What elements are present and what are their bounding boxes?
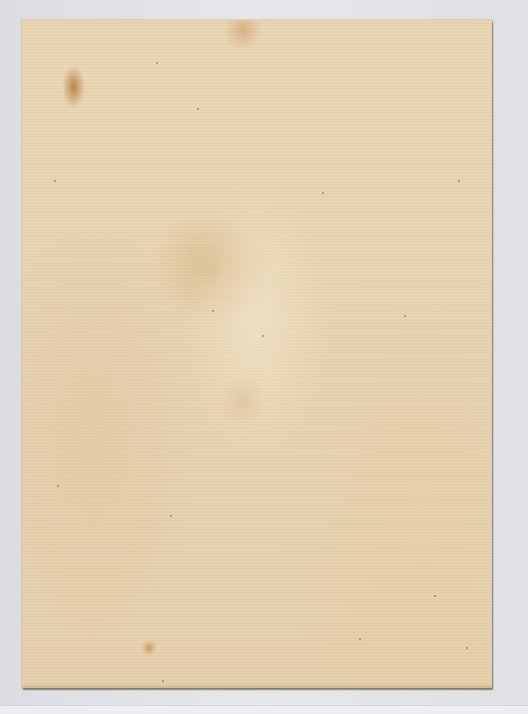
speck bbox=[54, 180, 56, 182]
speck bbox=[212, 310, 214, 312]
speck bbox=[404, 315, 406, 317]
scanner-edge bbox=[0, 705, 528, 714]
speck bbox=[434, 595, 436, 597]
speck bbox=[57, 485, 59, 487]
blank-aged-card bbox=[22, 20, 492, 688]
speck bbox=[458, 180, 460, 182]
speck bbox=[197, 108, 199, 110]
speck bbox=[170, 515, 172, 517]
speck bbox=[156, 62, 158, 64]
speck bbox=[322, 192, 324, 194]
speck bbox=[359, 638, 361, 640]
speck bbox=[162, 680, 164, 682]
speck bbox=[466, 647, 468, 649]
speck bbox=[262, 335, 264, 337]
